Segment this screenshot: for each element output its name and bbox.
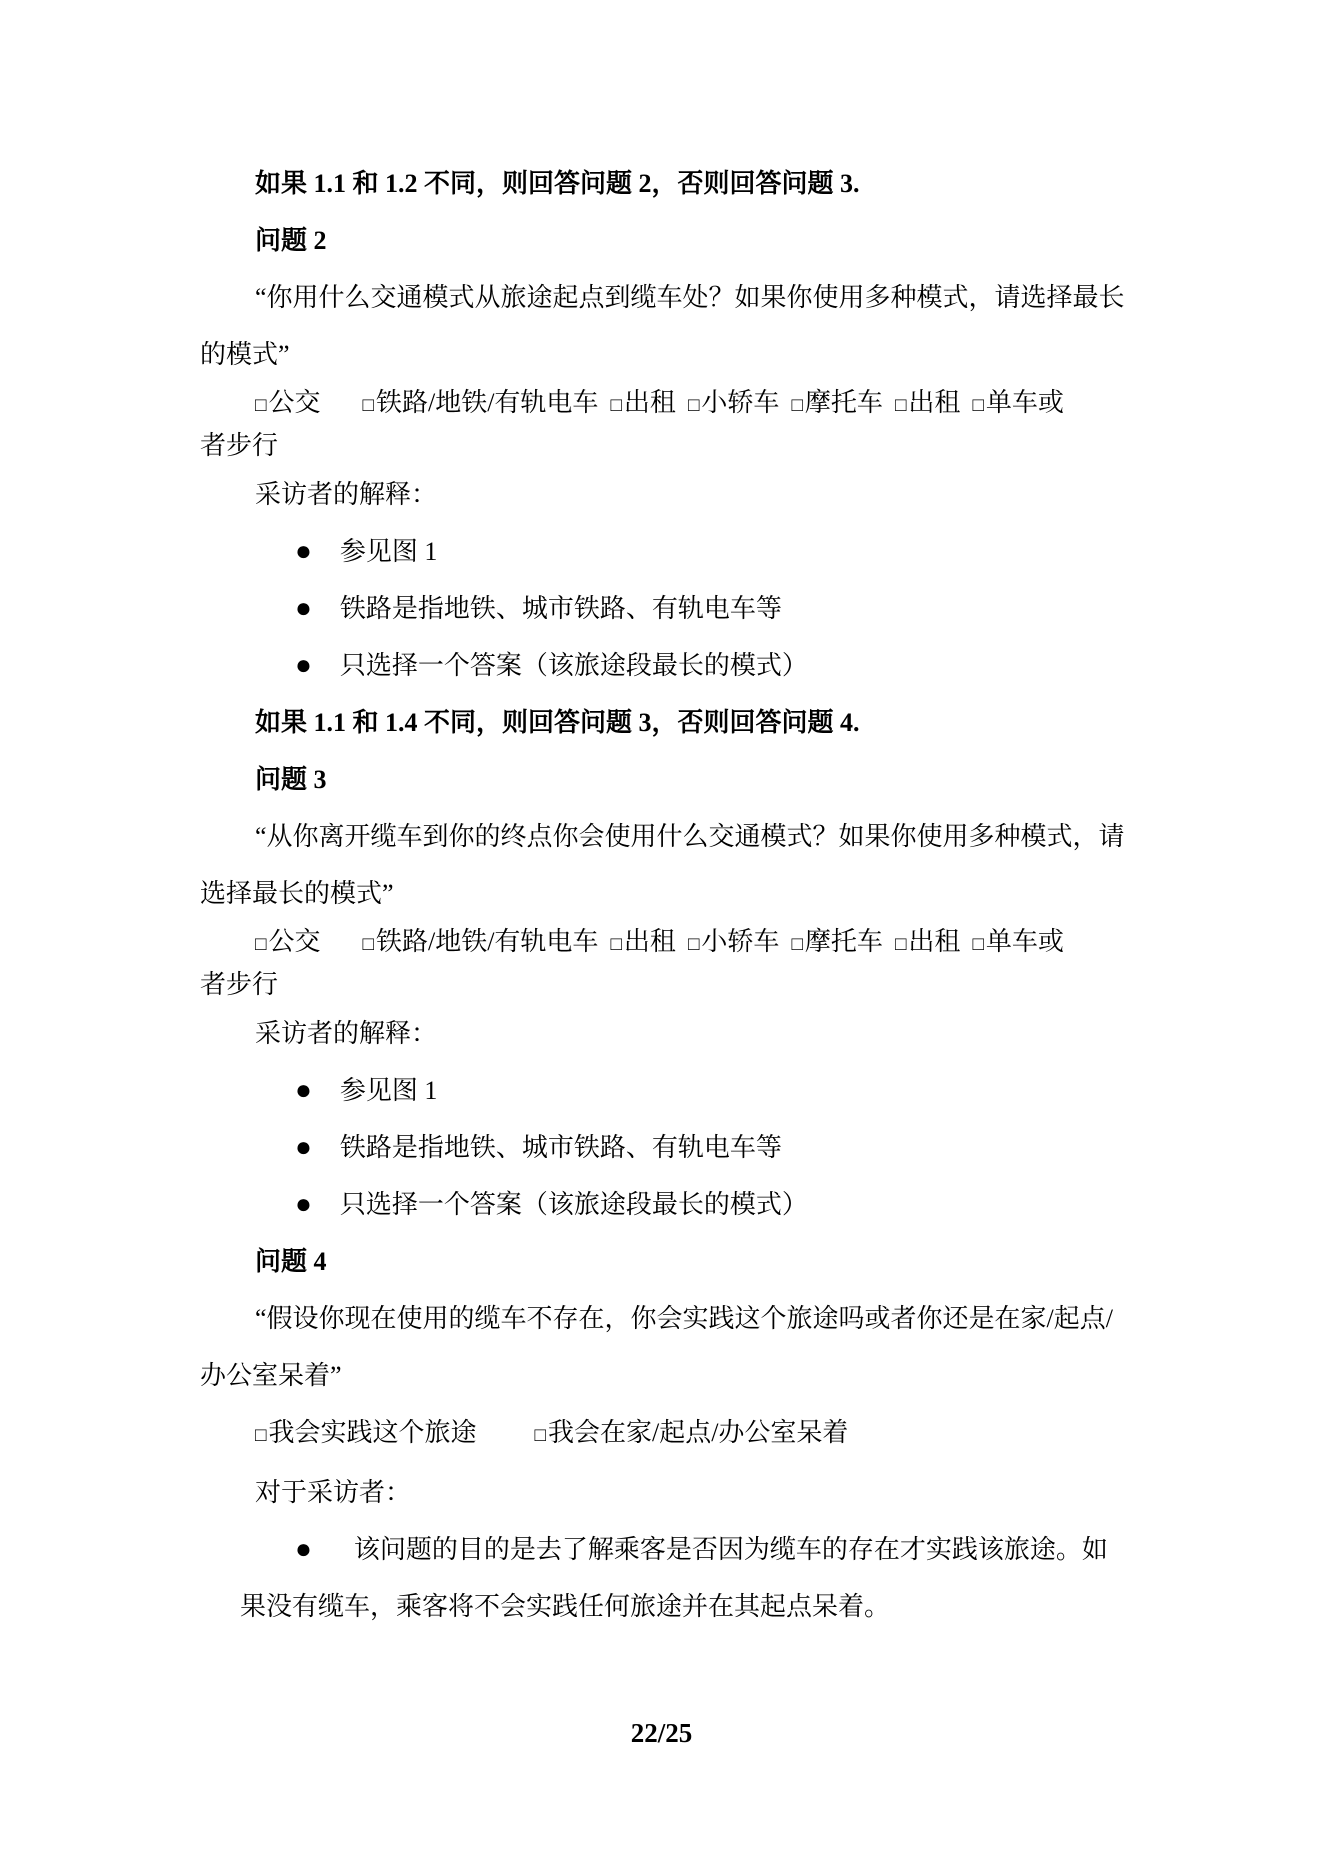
question4-options: □我会实践这个旅途□我会在家/起点/办公室呆着 [200,1404,1130,1464]
option-label: 公交 [268,388,320,417]
answer-option: □出租 [895,388,961,417]
document-page: 如果 1.1 和 1.2 不同，则回答问题 2，否则回答问题 3. 问题 2 “… [0,0,1323,1871]
checkbox-icon: □ [610,395,621,416]
checkbox-icon: □ [688,395,699,416]
checkbox-icon: □ [895,395,906,416]
checkbox-icon: □ [255,1425,266,1446]
bullet-icon: ● [295,1075,312,1106]
note-item: ●只选择一个答案（该旅途段最长的模式） [200,637,1130,694]
option-label: 我会实践这个旅途 [268,1418,476,1447]
option-label: 我会在家/起点/办公室呆着 [548,1418,848,1447]
bullet-icon: ● [295,1132,312,1163]
option-label: 摩托车 [805,388,883,417]
note-item: ●铁路是指地铁、城市铁路、有轨电车等 [200,1119,1130,1176]
answer-option: □出租 [610,927,676,956]
checkbox-icon: □ [895,934,906,955]
question3-options: □公交□铁路/地铁/有轨电车□出租□小轿车□摩托车□出租□单车或者步行 [200,922,1070,1005]
note-item: ●参见图 1 [200,523,1130,580]
checkbox-icon: □ [791,934,802,955]
checkbox-icon: □ [255,934,266,955]
bullet-icon: ● [295,1189,312,1220]
answer-option: □铁路/地铁/有轨电车 [363,388,599,417]
option-label: 铁路/地铁/有轨电车 [376,927,598,956]
note-item: ●铁路是指地铁、城市铁路、有轨电车等 [200,580,1130,637]
checkbox-icon: □ [610,934,621,955]
conditional-instruction-1: 如果 1.1 和 1.2 不同，则回答问题 2，否则回答问题 3. [200,155,1130,212]
answer-option: □摩托车 [791,927,883,956]
option-label: 出租 [624,388,676,417]
answer-option: □公交 [255,388,321,417]
question4-heading: 问题 4 [200,1233,1130,1290]
answer-option: □我会在家/起点/办公室呆着 [535,1418,849,1447]
question3-heading: 问题 3 [200,751,1130,808]
answer-option: □小轿车 [688,927,780,956]
page-number: 22/25 [0,1705,1323,1762]
option-label: 出租 [908,388,960,417]
note-text: 铁路是指地铁、城市铁路、有轨电车等 [340,594,782,623]
note-text: 参见图 1 [340,1076,438,1105]
note-item: ●该问题的目的是去了解乘客是否因为缆车的存在才实践该旅途。如果没有缆车，乘客将不… [200,1521,1110,1635]
option-label: 出租 [908,927,960,956]
checkbox-icon: □ [972,934,983,955]
option-label: 小轿车 [701,927,779,956]
checkbox-icon: □ [791,395,802,416]
note-text: 该问题的目的是去了解乘客是否因为缆车的存在才实践该旅途。如果没有缆车，乘客将不会… [240,1535,1108,1621]
answer-option: □小轿车 [688,388,780,417]
bullet-icon: ● [295,536,312,567]
conditional-instruction-2: 如果 1.1 和 1.4 不同，则回答问题 3，否则回答问题 4. [200,694,1130,751]
checkbox-icon: □ [688,934,699,955]
question2-heading: 问题 2 [200,212,1130,269]
question3-interviewer-heading: 采访者的解释： [200,1005,1130,1062]
bullet-icon: ● [295,593,312,624]
bullet-icon: ● [295,650,312,681]
checkbox-icon: □ [535,1425,546,1446]
option-label: 出租 [624,927,676,956]
question3-prompt: “从你离开缆车到你的终点你会使用什么交通模式？如果你使用多种模式，请选择最长的模… [200,808,1130,922]
question2-options: □公交□铁路/地铁/有轨电车□出租□小轿车□摩托车□出租□单车或者步行 [200,383,1070,466]
answer-option: □出租 [895,927,961,956]
option-label: 公交 [268,927,320,956]
checkbox-icon: □ [363,934,374,955]
answer-option: □我会实践这个旅途 [255,1418,477,1447]
option-label: 铁路/地铁/有轨电车 [376,388,598,417]
note-item: ●只选择一个答案（该旅途段最长的模式） [200,1176,1130,1233]
answer-option: □铁路/地铁/有轨电车 [363,927,599,956]
question2-prompt: “你用什么交通模式从旅途起点到缆车处？如果你使用多种模式，请选择最长的模式” [200,269,1130,383]
note-item: ●参见图 1 [200,1062,1130,1119]
checkbox-icon: □ [255,395,266,416]
note-text: 铁路是指地铁、城市铁路、有轨电车等 [340,1133,782,1162]
note-text: 只选择一个答案（该旅途段最长的模式） [340,651,808,680]
answer-option: □公交 [255,927,321,956]
question4-prompt: “假设你现在使用的缆车不存在，你会实践这个旅途吗或者你还是在家/起点/办公室呆着… [200,1290,1130,1404]
option-label: 小轿车 [701,388,779,417]
checkbox-icon: □ [972,395,983,416]
answer-option: □摩托车 [791,388,883,417]
checkbox-icon: □ [363,395,374,416]
note-text: 只选择一个答案（该旅途段最长的模式） [340,1190,808,1219]
question2-interviewer-heading: 采访者的解释： [200,466,1130,523]
question4-interviewer-heading: 对于采访者： [200,1464,1130,1521]
option-label: 摩托车 [805,927,883,956]
answer-option: □出租 [610,388,676,417]
note-text: 参见图 1 [340,537,438,566]
bullet-icon: ● [295,1534,312,1565]
